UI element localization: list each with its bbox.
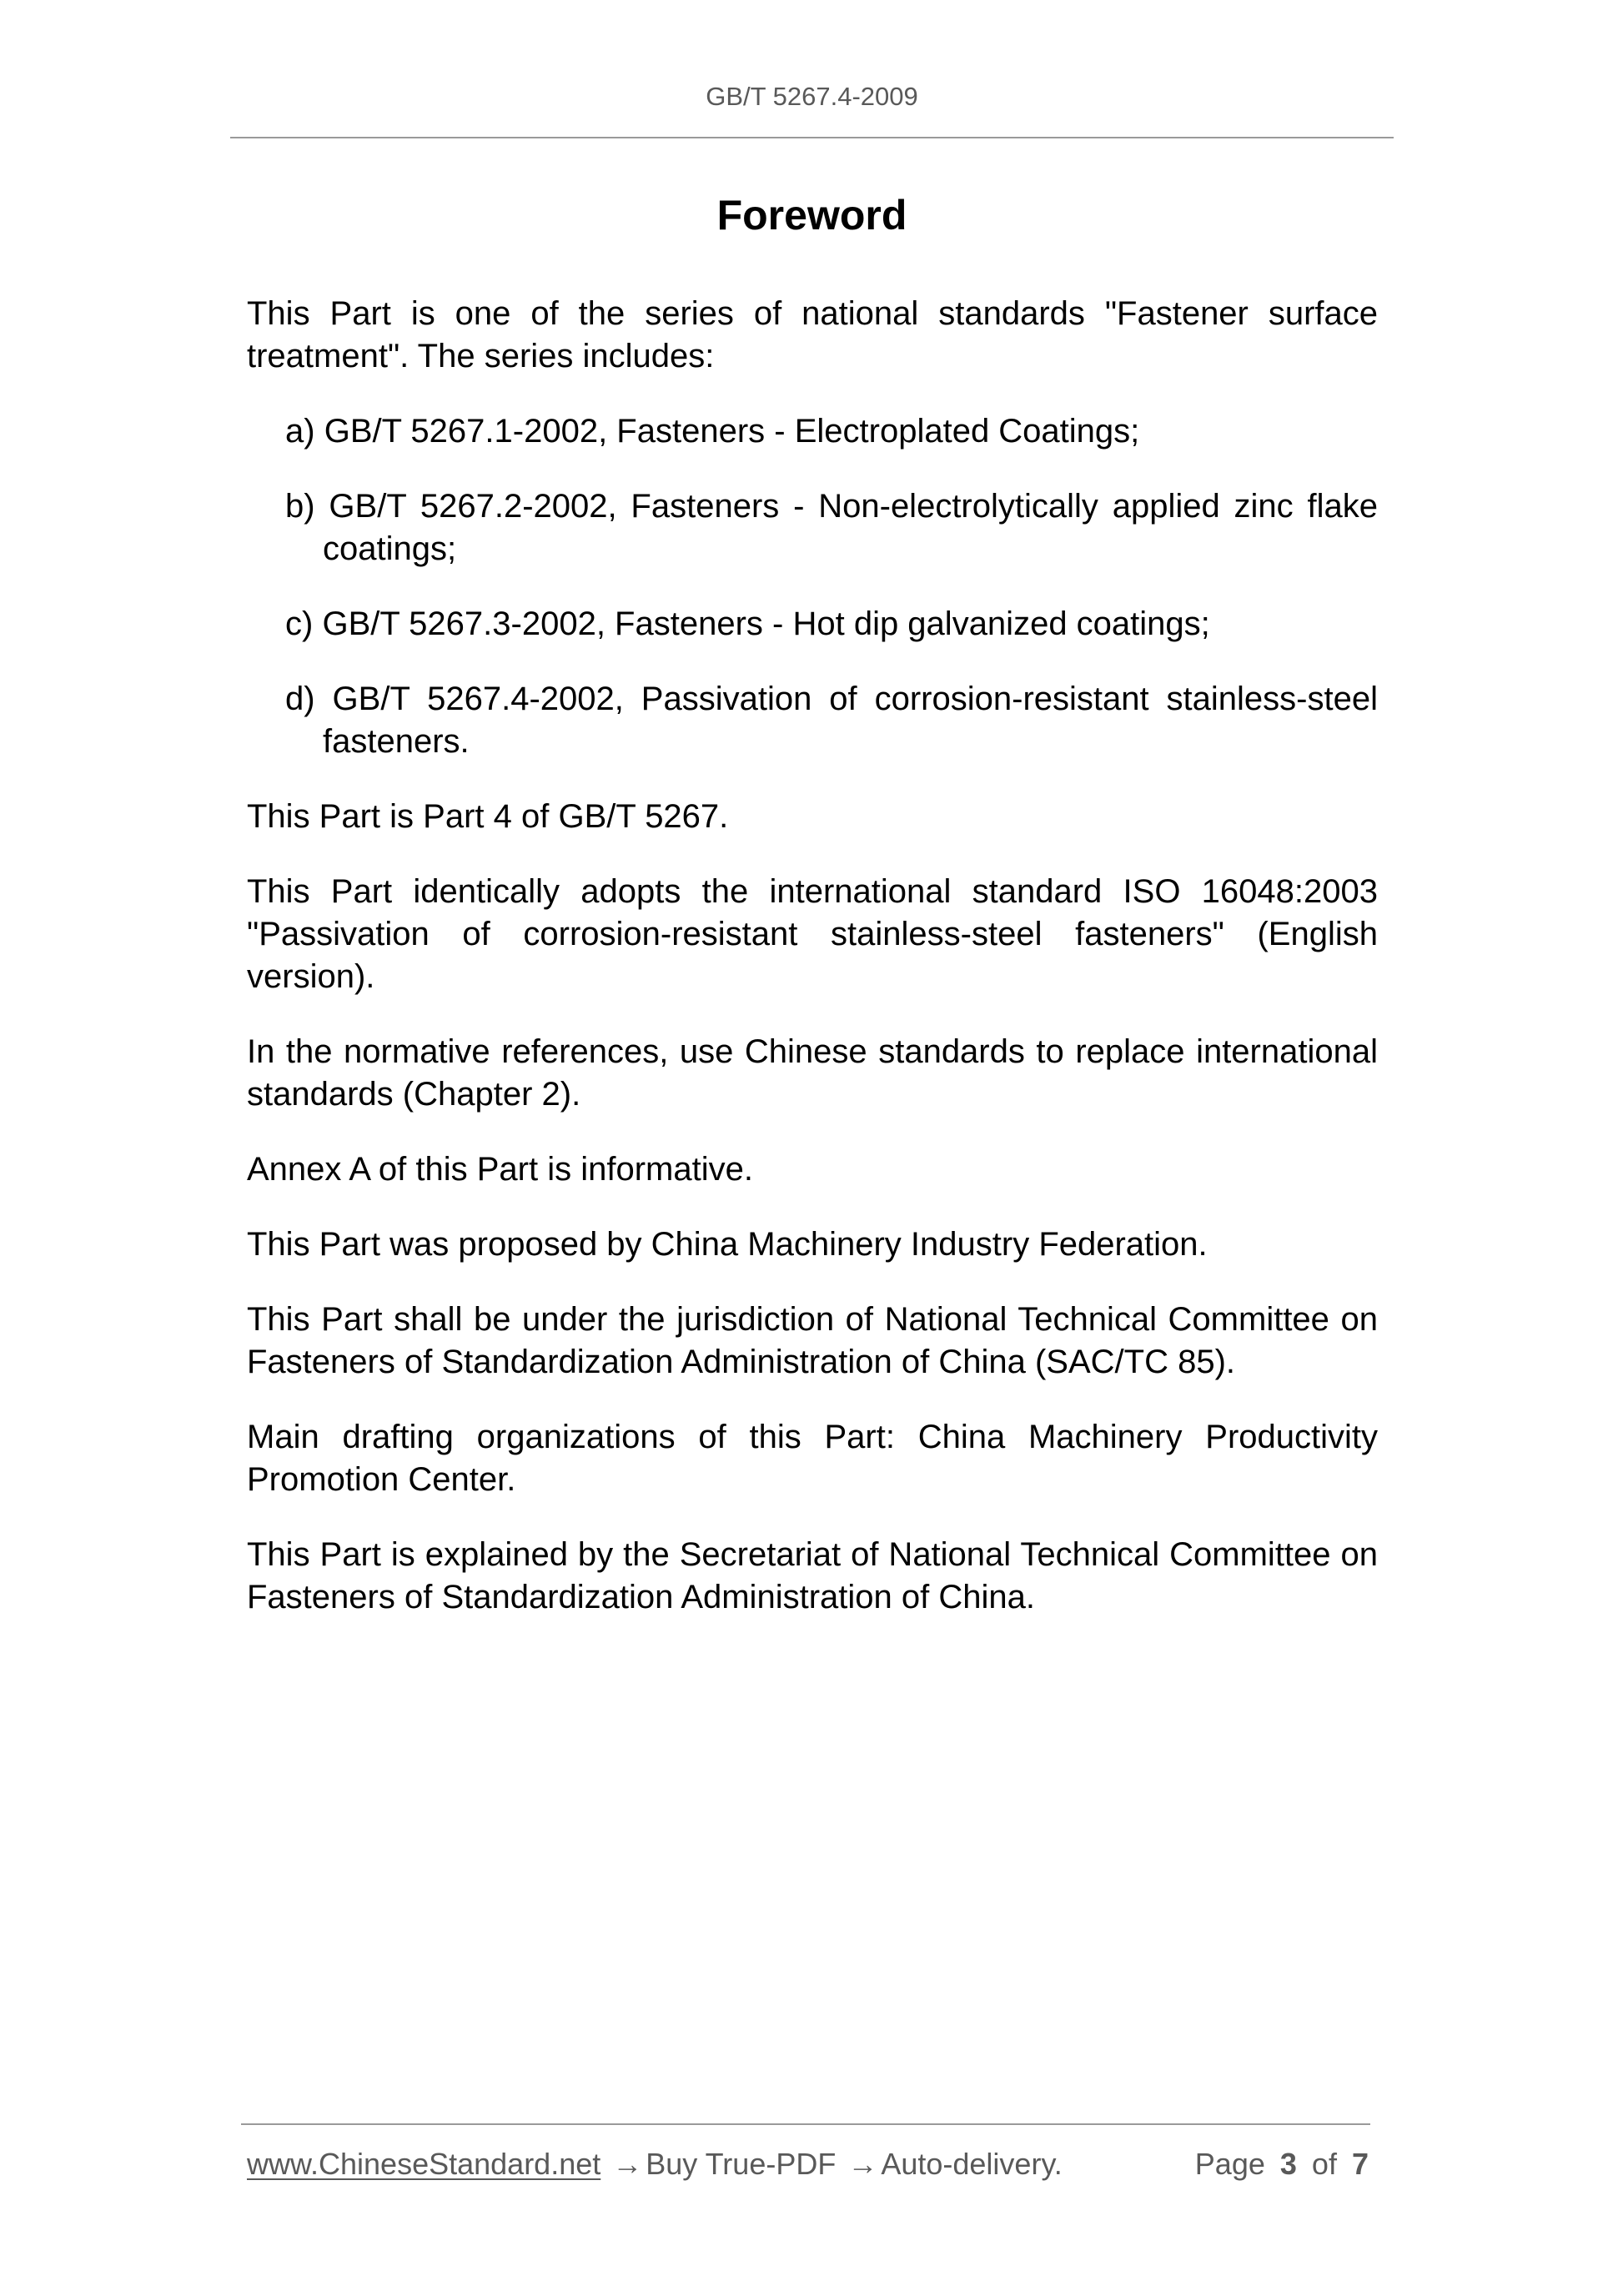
explanation-paragraph: This Part is explained by the Secretaria…	[247, 1534, 1378, 1619]
website-link[interactable]: www.ChineseStandard.net	[247, 2147, 600, 2181]
normative-references-paragraph: In the normative references, use Chinese…	[247, 1031, 1378, 1116]
series-marker: c)	[285, 605, 313, 642]
series-marker: b)	[285, 488, 315, 525]
buy-true-pdf-text: Buy True-PDF	[646, 2147, 836, 2181]
footer-divider	[241, 2123, 1370, 2125]
series-list: a) GB/T 5267.1-2002, Fasteners - Electro…	[247, 410, 1378, 763]
series-item: c) GB/T 5267.3-2002, Fasteners - Hot dip…	[247, 603, 1378, 646]
series-text: GB/T 5267.3-2002, Fasteners - Hot dip ga…	[322, 605, 1209, 642]
series-text: GB/T 5267.4-2002, Passivation of corrosi…	[323, 681, 1378, 760]
annex-paragraph: Annex A of this Part is informative.	[247, 1148, 1378, 1191]
series-item: d) GB/T 5267.4-2002, Passivation of corr…	[247, 678, 1378, 763]
series-marker: d)	[285, 681, 315, 717]
jurisdiction-paragraph: This Part shall be under the jurisdictio…	[247, 1299, 1378, 1384]
series-item: a) GB/T 5267.1-2002, Fasteners - Electro…	[247, 410, 1378, 453]
total-pages-number: 7	[1352, 2147, 1369, 2181]
header-divider	[230, 137, 1394, 138]
proposer-paragraph: This Part was proposed by China Machiner…	[247, 1223, 1378, 1266]
footer-promo: www.ChineseStandard.net →Buy True-PDF →A…	[247, 2145, 1063, 2183]
arrow-right-icon: →	[612, 2145, 642, 2183]
page-indicator: Page 3 of 7	[1195, 2145, 1369, 2183]
part-number-paragraph: This Part is Part 4 of GB/T 5267.	[247, 796, 1378, 838]
series-item: b) GB/T 5267.2-2002, Fasteners - Non-ele…	[247, 485, 1378, 570]
page-title: Foreword	[230, 190, 1394, 240]
page-of-label: of	[1312, 2147, 1337, 2181]
auto-delivery-text: Auto-delivery.	[881, 2147, 1062, 2181]
foreword-body: This Part is one of the series of nation…	[247, 293, 1378, 1651]
series-marker: a)	[285, 413, 315, 450]
arrow-right-icon: →	[847, 2145, 877, 2183]
page-label: Page	[1195, 2147, 1265, 2181]
current-page-number: 3	[1280, 2147, 1297, 2181]
drafting-organizations-paragraph: Main drafting organizations of this Part…	[247, 1416, 1378, 1501]
intro-paragraph: This Part is one of the series of nation…	[247, 293, 1378, 378]
series-text: GB/T 5267.2-2002, Fasteners - Non-electr…	[323, 488, 1378, 567]
series-text: GB/T 5267.1-2002, Fasteners - Electropla…	[324, 413, 1140, 450]
document-code-header: GB/T 5267.4-2009	[230, 80, 1394, 113]
adoption-paragraph: This Part identically adopts the interna…	[247, 871, 1378, 998]
